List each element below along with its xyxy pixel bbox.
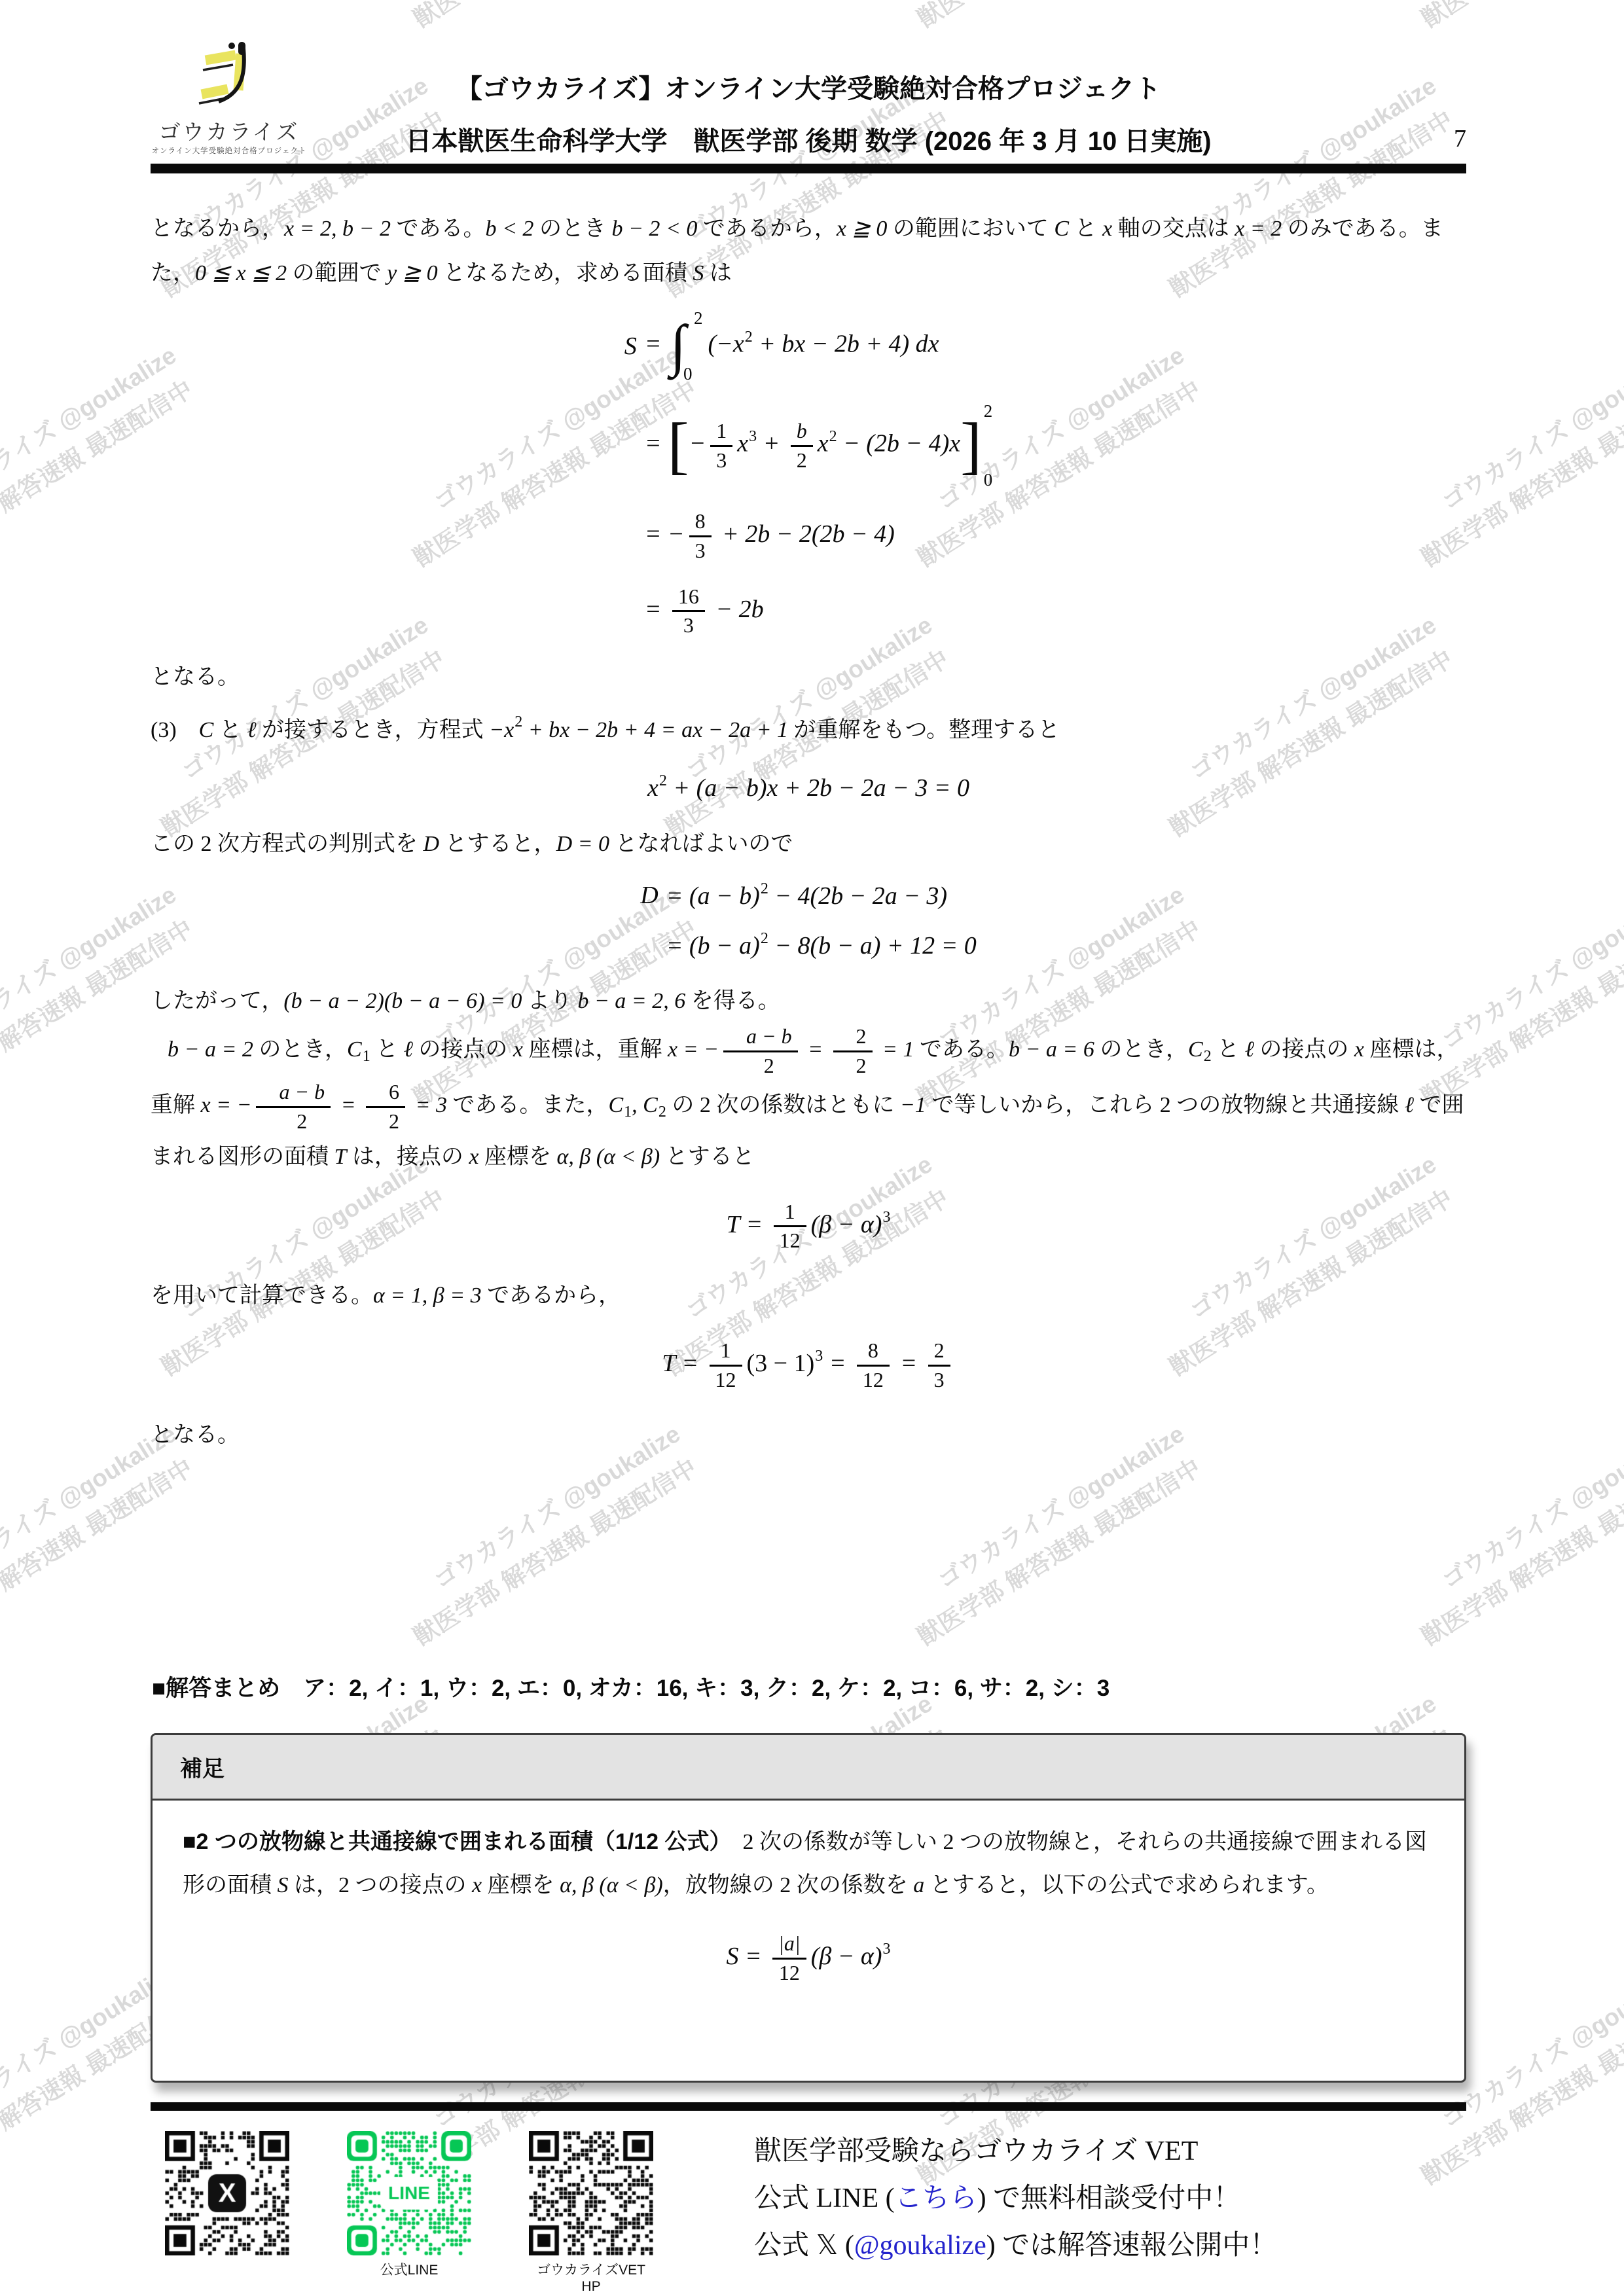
- line-link[interactable]: こちら: [895, 2183, 977, 2214]
- solution-paragraph: となる。: [151, 1413, 1466, 1458]
- footer-line2-post: ) で無料相談受付中！: [977, 2183, 1241, 2214]
- solution-paragraph: したがって，(b − a − 2)(b − a − 6) = 0 より b − …: [151, 979, 1466, 1024]
- solution-paragraph: となるから，x = 2, b − 2 である。b < 2 のとき b − 2 <…: [151, 207, 1466, 296]
- document-page: ゴウカライズ @goukalize獣医学部 解答速報 最速配信中ゴウカライズ @…: [0, 0, 1624, 2296]
- solution-paragraph: を用いて計算できる。α = 1, β = 3 であるから，: [151, 1274, 1466, 1318]
- page-number: 7: [1454, 124, 1466, 153]
- equation-integral-block: S= ∫20(−x2 + bx − 2b + 4) dx= [−13x3 + b…: [151, 300, 1466, 649]
- line-qr-label: 公式LINE: [347, 2259, 471, 2279]
- line-qr-code: [347, 2131, 471, 2255]
- footer-slogan: 獣医学部受験ならゴウカライズ VET: [754, 2135, 1198, 2168]
- solution-paragraph: となる。: [151, 655, 1466, 700]
- supplement-box-title: 補足: [153, 1735, 1464, 1801]
- footer-line3-post: ) では解答速報公開中！: [986, 2231, 1278, 2261]
- vet-hp-qr-code: [529, 2131, 653, 2255]
- header-rule: [151, 164, 1466, 173]
- equation-area-value: T = 112(3 − 1)3 = 812 = 23: [151, 1338, 1466, 1393]
- solution-paragraph: b − a = 2 のとき，C1 と ℓ の接点の x 座標は，重解 x = −…: [151, 1024, 1466, 1179]
- footer-line-contact: 公式 LINE (こちら) で無料相談受付中！: [754, 2182, 1240, 2215]
- solution-paragraph: この 2 次方程式の判別式を D とすると，D = 0 となればよいので: [151, 822, 1466, 867]
- footer-x-account: 公式 𝕏 (@goukalize) では解答速報公開中！: [754, 2229, 1277, 2262]
- answer-summary: ■解答まとめ ア：2, イ：1, ウ：2, エ：0, オカ：16, キ：3, ク…: [152, 1670, 1468, 1703]
- supplement-lead: ■2 つの放物線と共通接線で囲まれる面積（1/12 公式）: [183, 1829, 721, 1854]
- x-qr-code: [165, 2131, 289, 2255]
- header-title-line2: 日本獣医生命科学大学 獣医学部 後期 数学 (2026 年 3 月 10 日実施…: [151, 120, 1466, 158]
- header-title-line1: 【ゴウカライズ】オンライン大学受験絶対合格プロジェクト: [151, 68, 1466, 105]
- footer-rule: [151, 2102, 1466, 2111]
- equation-discriminant-block: D= (a − b)2 − 4(2b − 2a − 3)= (b − a)2 −…: [151, 870, 1466, 970]
- supplement-box: 補足 ■2 つの放物線と共通接線で囲まれる面積（1/12 公式） 2 次の係数が…: [151, 1733, 1466, 2083]
- supplement-formula: S = |a|12(β − α)3: [183, 1931, 1434, 1986]
- footer-line2-pre: 公式 LINE (: [754, 2183, 895, 2214]
- equation-area-formula: T = 112(β − α)3: [151, 1199, 1466, 1255]
- supplement-box-body: ■2 つの放物線と共通接線で囲まれる面積（1/12 公式） 2 次の係数が等しい…: [153, 1801, 1464, 1986]
- solution-paragraph: (3) C と ℓ が接するとき，方程式 −x2 + bx − 2b + 4 =…: [151, 700, 1466, 753]
- x-account-link[interactable]: @goukalize: [854, 2231, 986, 2261]
- solution-body: となるから，x = 2, b − 2 である。b < 2 のとき b − 2 <…: [151, 207, 1466, 1673]
- vet-hp-qr-label: ゴウカライズVET HP: [529, 2259, 653, 2295]
- footer-line3-pre: 公式 𝕏 (: [754, 2231, 854, 2261]
- equation-quadratic: x2 + (a − b)x + 2b − 2a − 3 = 0: [151, 772, 1466, 802]
